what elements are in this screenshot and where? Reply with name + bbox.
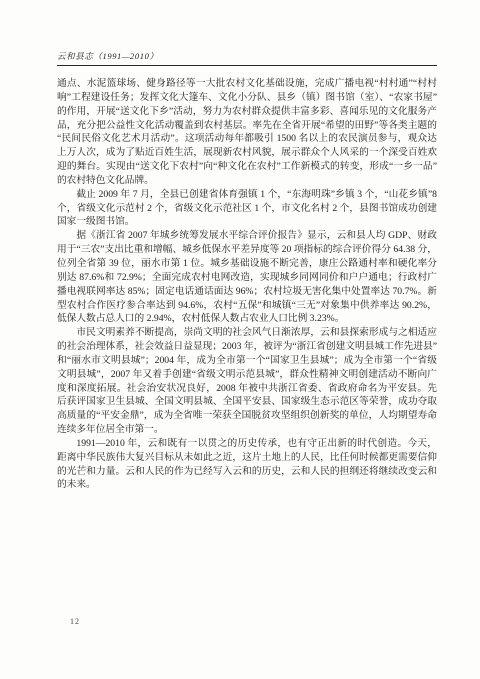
paragraph: 1991—2010 年，云和既有一以贯之的历史传承，也有守正出新的时代创造。今天… (57, 437, 437, 492)
body-text: 通点、水泥篮球场、健身路径等一大批农村文化基础设施，完成广播电视“村村通”“村村… (57, 77, 437, 492)
paragraph-continuation: 通点、水泥篮球场、健身路径等一大批农村文化基础设施，完成广播电视“村村通”“村村… (57, 77, 437, 188)
page-number: 12 (70, 617, 80, 626)
running-head-title: 云和县志（1991—2010） (57, 50, 437, 65)
header-rule (57, 65, 437, 66)
paragraph: 截止 2009 年 7 月，全县已创建省体育强镇 1 个，“东海明珠”乡镇 3 … (57, 188, 437, 230)
paragraph: 据《浙江省 2007 年城乡统筹发展水平综合评价报告》显示，云和县人均 GDP、… (57, 229, 437, 326)
text-block: 云和县志（1991—2010） 通点、水泥篮球场、健身路径等一大批农村文化基础设… (57, 50, 437, 492)
paragraph: 市民文明素养不断提高，崇尚文明的社会风气日渐浓厚，云和县探索形成与之相适应的社会… (57, 326, 437, 437)
book-page: 云和县志（1991—2010） 通点、水泥篮球场、健身路径等一大批农村文化基础设… (0, 0, 480, 679)
